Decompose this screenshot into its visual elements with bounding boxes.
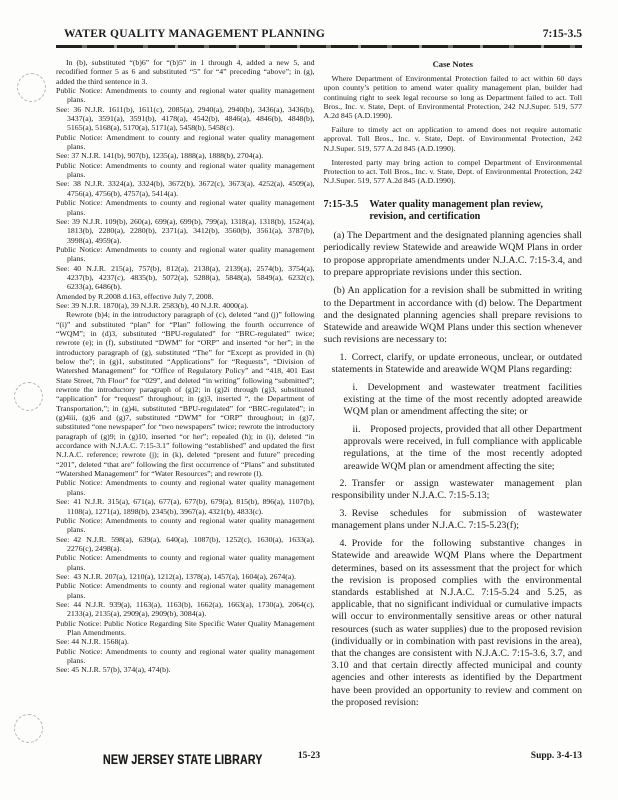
amendment-history-paragraph: In (b), substituted “(b)6” for “(b)5” in… [56, 58, 315, 86]
section-number: 7:15-3.5 [324, 199, 359, 224]
library-stamp: NEW JERSEY STATE LIBRARY [103, 752, 263, 767]
page-number: 15-23 [298, 751, 320, 761]
running-head-title: WATER QUALITY MANAGEMENT PLANNING [64, 28, 325, 40]
hole-punch-mark [17, 73, 46, 102]
public-notice-entry: Public Notice: Amendments to county and … [56, 581, 315, 600]
see-citation: See: 41 N.J.R. 315(a), 671(a), 677(a), 6… [56, 497, 315, 516]
public-notice-entry: Public Notice: Public Notice Regarding S… [56, 619, 315, 638]
list-item-2: 2. Transfer or assign wastewater managem… [332, 478, 583, 502]
header-rule [56, 45, 582, 48]
list-item-i: i. Development and wastewater treatment … [344, 382, 583, 419]
see-citation: See: 45 N.J.R. 57(b), 374(a), 474(b). [56, 665, 315, 674]
list-item-3: 3. Revise schedules for submission of wa… [332, 508, 583, 532]
case-notes-block: Case Notes Where Department of Environme… [324, 60, 583, 186]
amended-by-line: Amended by R.2008 d.163, effective July … [56, 292, 315, 301]
case-note-paragraph: Failure to timely act on application to … [324, 125, 583, 153]
public-notice-entry: Public Notice: Amendments to county and … [56, 553, 315, 572]
see-citation: See: 43 N.J.R. 207(a), 1210(a), 1212(a),… [56, 572, 315, 581]
section-paragraph-b: (b) An application for a revision shall … [324, 285, 583, 346]
public-notice-entry: Public Notice: Amendments to county and … [56, 86, 315, 105]
see-citation: See: 36 N.J.R. 1611(b), 1611(c), 2085(a)… [56, 105, 315, 133]
case-note-paragraph: Interested party may bring action to com… [324, 158, 583, 186]
case-notes-heading: Case Notes [324, 60, 583, 69]
running-head-section-number: 7:15-3.5 [543, 28, 582, 40]
section-heading: 7:15-3.5 Water quality management plan r… [324, 199, 583, 224]
public-notice-entry: Public Notice: Amendments to county and … [56, 647, 315, 666]
list-item-1: 1. Correct, clarify, or update erroneous… [332, 352, 583, 376]
list-item-ii: ii. Proposed projects, provided that all… [344, 424, 583, 473]
public-notice-entry: Public Notice: Amendments to county and … [56, 161, 315, 180]
list-item-4: 4. Provide for the following substantive… [332, 538, 583, 709]
supplement-date: Supp. 3-4-13 [531, 751, 582, 761]
see-citation: See: 39 N.J.R. 109(b), 260(a), 699(a), 6… [56, 217, 315, 245]
hole-punch-mark [14, 714, 43, 743]
see-citation: See: 39 N.J.R. 1870(a), 39 N.J.R. 2583(b… [56, 301, 315, 310]
see-citation: See: 37 N.J.R. 141(b), 907(b), 1235(a), … [56, 151, 315, 160]
right-column-rule-text: Case Notes Where Department of Environme… [324, 58, 583, 709]
public-notice-entry: Public Notice: Amendment to county and r… [56, 133, 315, 152]
two-column-body: In (b), substituted “(b)6” for “(b)5” in… [56, 58, 582, 709]
section-7-15-3-5-block: 7:15-3.5 Water quality management plan r… [324, 199, 583, 709]
see-citation: See: 38 N.J.R. 3324(a), 3324(b), 3672(b)… [56, 179, 315, 198]
left-column-history-notes: In (b), substituted “(b)6” for “(b)5” in… [56, 58, 315, 709]
section-paragraph-a: (a) The Department and the designated pl… [324, 230, 583, 279]
hole-punch-mark [14, 382, 43, 411]
see-citation: See: 42 N.J.R. 598(a), 639(a), 640(a), 1… [56, 535, 315, 554]
public-notice-entry: Public Notice: Amendments to county and … [56, 516, 315, 535]
see-citation: See: 44 N.J.R. 1568(a). [56, 637, 315, 646]
public-notice-entry: Public Notice: Amendments to county and … [56, 198, 315, 217]
case-note-paragraph: Where Department of Environmental Protec… [324, 74, 583, 121]
see-citation: See: 44 N.J.R. 939(a), 1163(a), 1163(b),… [56, 600, 315, 619]
scanned-document-page: WATER QUALITY MANAGEMENT PLANNING 7:15-3… [0, 0, 618, 800]
amendment-history-paragraph: Rewrote (b)4; in the introductory paragr… [56, 310, 315, 478]
public-notice-entry: Public Notice: Amendments to county and … [56, 245, 315, 264]
section-title: Water quality management plan review, re… [369, 199, 582, 224]
public-notice-entry: Public Notice: Amendments to county and … [56, 478, 315, 497]
see-citation: See: 40 N.J.R. 215(a), 757(b), 812(a), 2… [56, 264, 315, 292]
